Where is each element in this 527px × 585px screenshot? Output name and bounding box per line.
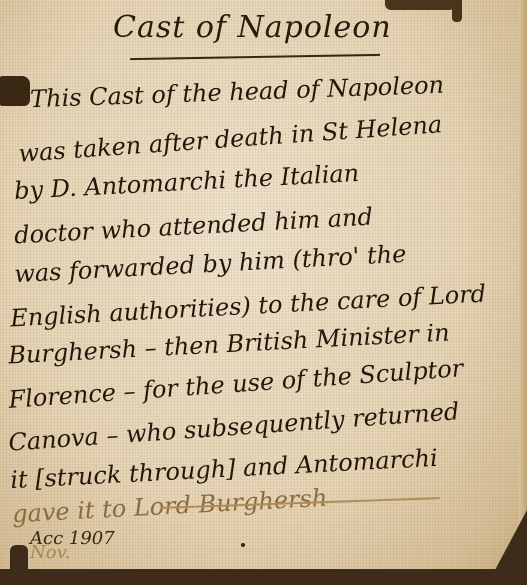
- page-tear-corner: [487, 510, 527, 585]
- text-line-3: by D. Antomarchi the Italian: [14, 159, 360, 205]
- page-edge: [519, 0, 527, 585]
- ink-blot-top: [385, 0, 455, 10]
- text-line-2: was taken after death in St Helena: [18, 110, 444, 168]
- page-tear-bottom: [0, 569, 527, 585]
- page-tear-left: [10, 545, 28, 569]
- ink-dot: [241, 543, 245, 547]
- text-line-4: doctor who attended him and: [14, 203, 374, 250]
- document-title: Cast of Napoleon: [113, 10, 392, 45]
- archive-note: Acc 1907 Nov.: [30, 532, 115, 560]
- text-line-5: was forwarded by him (thro' the: [14, 240, 407, 289]
- ink-blot-left: [0, 76, 30, 106]
- title-underline: [130, 54, 380, 60]
- text-line-1: This Cast of the head of Napoleon: [30, 71, 445, 113]
- ink-blot-drip: [452, 0, 462, 22]
- manuscript-page: Cast of Napoleon This Cast of the head o…: [0, 0, 527, 585]
